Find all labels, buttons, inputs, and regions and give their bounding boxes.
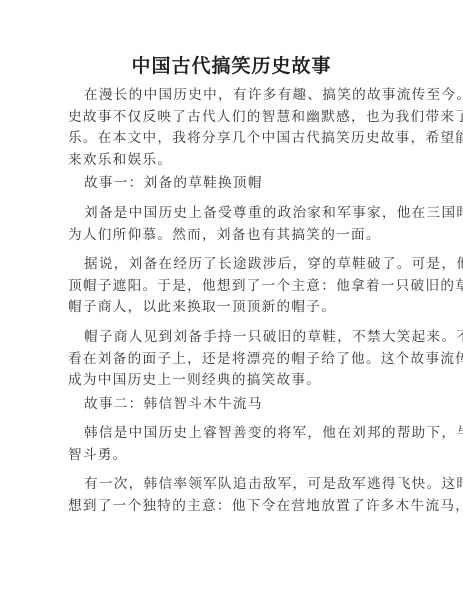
text-line: 史故事不仅反映了古代人们的智慧和幽默感，也为我们带来了许多欢 [68,107,398,129]
section-heading: 故事一：刘备的草鞋换顶帽 [68,173,398,195]
text-line: 帽子商人，以此来换取一顶顶新的帽子。 [68,297,398,319]
text-line: 乐。在本文中，我将分享几个中国古代搞笑历史故事，希望能给您带 [68,128,398,150]
text-line: 有一次，韩信率领军队追击敌军，可是敌军逃得飞快。这时，韩信 [68,474,398,496]
story-one-paragraph-3: 帽子商人见到刘备手持一只破旧的草鞋，不禁大笑起来。不过，他 看在刘备的面子上，还… [68,327,398,392]
story-two-heading: 故事二：韩信智斗木牛流马 [68,394,398,416]
text-line: 为人们所仰慕。然而，刘备也有其搞笑的一面。 [68,225,398,247]
text-line: 韩信是中国历史上睿智善变的将军，他在刘邦的帮助下，与敌人斗 [68,423,398,445]
story-two-paragraph-2: 有一次，韩信率领军队追击敌军，可是敌军逃得飞快。这时，韩信 想到了一个独特的主意… [68,474,398,517]
text-line: 来欢乐和娱乐。 [68,150,398,172]
story-two-paragraph-1: 韩信是中国历史上睿智善变的将军，他在刘邦的帮助下，与敌人斗 智斗勇。 [68,423,398,466]
text-line: 据说，刘备在经历了长途跋涉后，穿的草鞋破了。可是，他急需一 [68,254,398,276]
document-page: 中国古代搞笑历史故事 在漫长的中国历史中，有许多有趣、搞笑的故事流传至今。这些历… [0,0,463,600]
text-line: 顶帽子遮阳。于是，他想到了一个主意：他拿着一只破旧的草鞋去找 [68,276,398,298]
section-heading: 故事二：韩信智斗木牛流马 [68,394,398,416]
text-line: 帽子商人见到刘备手持一只破旧的草鞋，不禁大笑起来。不过，他 [68,327,398,349]
text-line: 想到了一个独特的主意：他下令在营地放置了许多木牛流马，让敌军 [68,496,398,518]
story-one-paragraph-2: 据说，刘备在经历了长途跋涉后，穿的草鞋破了。可是，他急需一 顶帽子遮阳。于是，他… [68,254,398,319]
document-title: 中国古代搞笑历史故事 [0,54,463,78]
story-one-paragraph-1: 刘备是中国历史上备受尊重的政治家和军事家，他在三国时期，亦 为人们所仰慕。然而，… [68,203,398,246]
text-line: 看在刘备的面子上，还是将漂亮的帽子给了他。这个故事流传至今， [68,349,398,371]
text-line: 在漫长的中国历史中，有许多有趣、搞笑的故事流传至今。这些历 [68,85,398,107]
intro-paragraph: 在漫长的中国历史中，有许多有趣、搞笑的故事流传至今。这些历 史故事不仅反映了古代… [68,85,398,172]
story-one-heading: 故事一：刘备的草鞋换顶帽 [68,173,398,195]
text-line: 智斗勇。 [68,445,398,467]
text-line: 刘备是中国历史上备受尊重的政治家和军事家，他在三国时期，亦 [68,203,398,225]
text-line: 成为中国历史上一则经典的搞笑故事。 [68,370,398,392]
